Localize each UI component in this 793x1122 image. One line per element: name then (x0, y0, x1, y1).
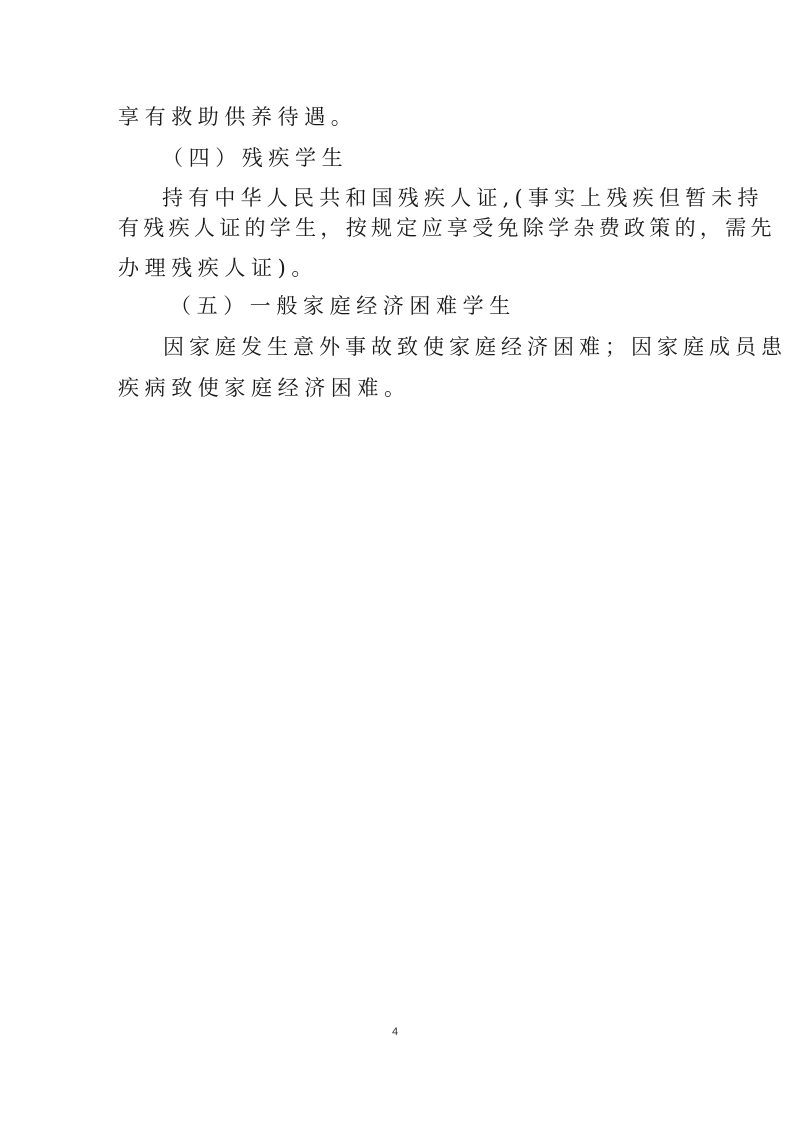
section-heading-financial-hardship: （五）一般家庭经济困难学生 (170, 293, 516, 319)
paragraph-financial-hardship-line-2: 疾病致使家庭经济困难。 (118, 375, 411, 401)
paragraph-continuation: 享有救助供养待遇。 (118, 104, 357, 130)
page-number: 4 (392, 1026, 398, 1038)
document-page: 享有救助供养待遇。 （四）残疾学生 持有中华人民共和国残疾人证,(事实上残疾但暂… (0, 0, 793, 1122)
paragraph-disabled-students-line-2: 有残疾人证的学生，按规定应享受免除学杂费政策的，需先 (118, 215, 776, 241)
paragraph-financial-hardship-line-1: 因家庭发生意外事故致使家庭经济困难；因家庭成员患 (163, 334, 787, 360)
paragraph-disabled-students-line-3: 办理残疾人证)。 (118, 255, 318, 281)
paragraph-disabled-students-line-1: 持有中华人民共和国残疾人证,(事实上残疾但暂未持 (162, 185, 764, 211)
section-heading-disabled-students: （四）残疾学生 (162, 145, 348, 171)
